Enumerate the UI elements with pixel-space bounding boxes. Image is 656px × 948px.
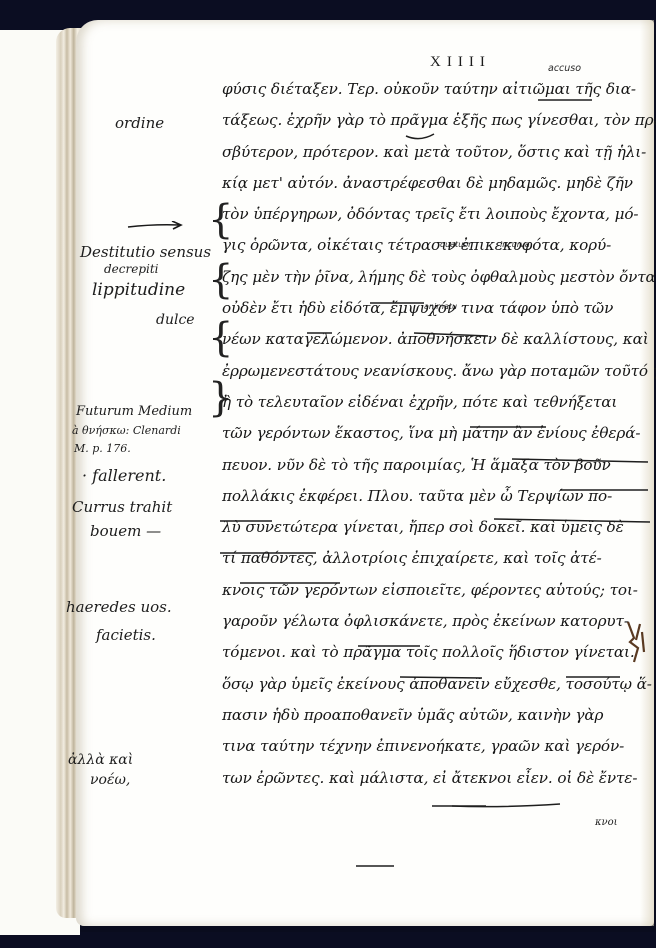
marginal-note-currus-trahit: Currus trahit (72, 498, 172, 516)
marginal-note-destitutio: Destitutio sensus (80, 243, 211, 261)
marginal-note-ordine: ordine (115, 114, 164, 132)
brace-mark: { (208, 318, 233, 358)
brace-mark: { (208, 260, 233, 300)
marginal-note-fallerent: · fallerent. (82, 466, 166, 485)
marginal-note-alla-kai: ἀλλὰ καὶ (68, 752, 133, 768)
marginal-note-page-ref: M. p. 176. (74, 442, 131, 455)
marginal-note-haeredes: haeredes uos. (66, 598, 172, 616)
catchword: κνοι (595, 817, 618, 828)
marginal-note-futurum-medium: Futurum Medium (76, 404, 192, 419)
marginal-note-dulce: dulce (156, 312, 195, 328)
marginal-note-lippitudine: lippitudine (92, 280, 185, 300)
marginal-note-bouem: bouem — (90, 522, 161, 540)
ink-blot-mark (624, 618, 648, 670)
marginal-note-decrepiti: decrepiti (104, 262, 159, 276)
marginal-note-facietis: facietis. (96, 626, 156, 644)
brace-mark: { (208, 200, 233, 240)
arrow-icon (126, 221, 184, 231)
marginal-note-clenardi: à θνήσκω: Clenardi (72, 424, 181, 437)
marginal-note-noeo: νοέω, (90, 772, 130, 788)
brace-mark: } (208, 378, 233, 418)
